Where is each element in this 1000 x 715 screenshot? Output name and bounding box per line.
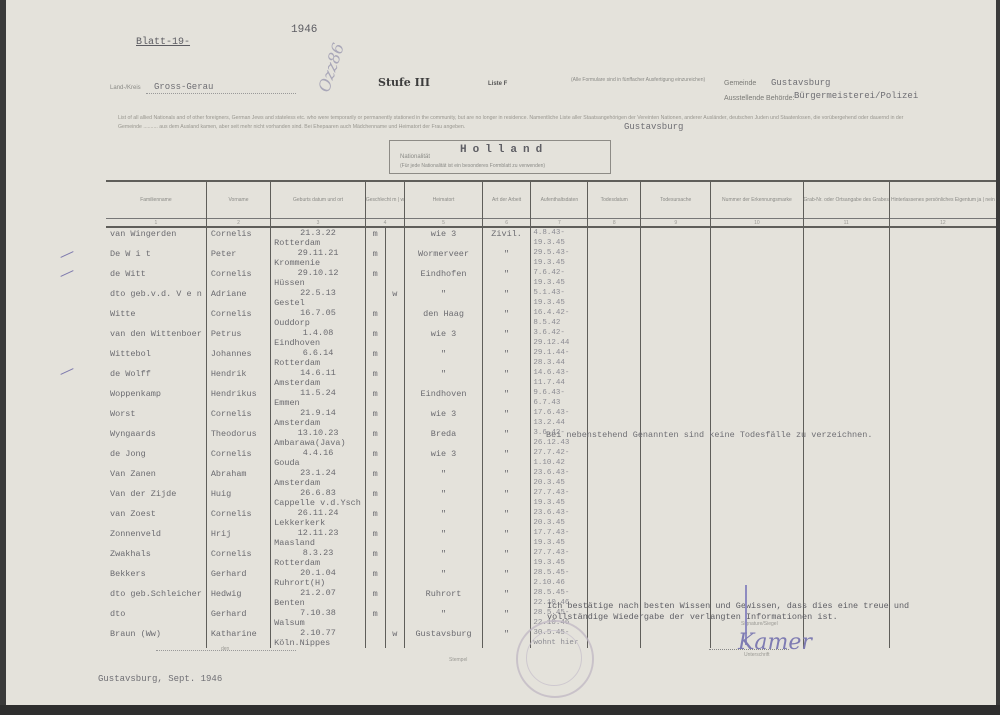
cell-hometown: " xyxy=(405,528,483,548)
stay-dates: 14.6.43-11.7.44 xyxy=(531,368,587,388)
confirmation-statement: Ich bestätige nach besten Wissen und Gew… xyxy=(547,601,909,623)
cell-firstname: Huig xyxy=(206,488,270,508)
stay-to: 29.12.44 xyxy=(533,339,583,349)
cell-firstname: Cornelis xyxy=(206,227,270,248)
cell-surname: Zwakhals xyxy=(106,548,206,568)
sex-male: m xyxy=(366,388,385,399)
cell-death-date xyxy=(588,528,641,548)
cell-hometown: wie 3 xyxy=(405,408,483,428)
cell-sex-w xyxy=(385,368,405,388)
cell-sex-w xyxy=(385,568,405,588)
table-row: De W i tPeter29.11.21KrommeniemWormervee… xyxy=(106,248,996,268)
nationality-note: (Für jede Nationalität ist ein besondere… xyxy=(400,163,545,169)
cell-hometown: Eindhofen xyxy=(405,268,483,288)
cell-firstname: Petrus xyxy=(206,328,270,348)
pen-check-mark-icon xyxy=(60,251,73,258)
first-name: Hendrik xyxy=(207,368,270,379)
stay-to: 28.3.44 xyxy=(533,359,583,369)
birth-date: 4.4.16 xyxy=(271,448,365,458)
col-num: 8 xyxy=(588,219,641,228)
birth-place: Cappelle v.d.Ysch xyxy=(271,498,365,508)
cell-surname: Wittebol xyxy=(106,348,206,368)
work-type: " xyxy=(483,368,530,379)
sex-male: m xyxy=(366,248,385,259)
cell-id-tag xyxy=(711,348,803,368)
cell-stay-dates: 3.6.42-29.12.44 xyxy=(531,328,588,348)
birth-place: Ouddorp xyxy=(271,318,365,328)
work-type: " xyxy=(483,548,530,559)
cell-sex-w xyxy=(385,588,405,608)
cell-work: " xyxy=(482,408,530,428)
hometown: " xyxy=(405,568,482,579)
cell-work: " xyxy=(482,548,530,568)
sex-female xyxy=(386,268,405,269)
cell-birth: 21.3.22Rotterdam xyxy=(271,227,366,248)
cell-birth: 26.6.83Cappelle v.d.Ysch xyxy=(271,488,366,508)
birth-place: Emmen xyxy=(271,398,365,408)
stay-to: 19.3.45 xyxy=(533,499,583,509)
cell-surname: van den Wittenboer xyxy=(106,328,206,348)
stay-dates: 27.7.43-19.3.45 xyxy=(531,488,587,508)
cell-property xyxy=(889,288,996,308)
col-header-firstname: Vorname xyxy=(206,181,270,219)
cell-surname: Witte xyxy=(106,308,206,328)
sex-female xyxy=(386,388,405,389)
cell-firstname: Hedwig xyxy=(206,588,270,608)
birth-date: 16.7.05 xyxy=(271,308,365,318)
cell-grave xyxy=(803,227,889,248)
cell-death-date xyxy=(588,448,641,468)
cell-grave xyxy=(803,468,889,488)
work-type: " xyxy=(483,528,530,539)
cell-work: " xyxy=(482,268,530,288)
cell-grave xyxy=(803,628,889,648)
surname: de Jong xyxy=(106,448,206,459)
cell-birth: 29.11.21Krommenie xyxy=(271,248,366,268)
cell-hometown: " xyxy=(405,288,483,308)
birth-place: Rotterdam xyxy=(271,358,365,368)
stay-from: 28.5.45- xyxy=(533,569,583,579)
work-type: " xyxy=(483,608,530,619)
cell-sex-m: m xyxy=(365,268,385,288)
cell-birth: 29.10.12Hüssen xyxy=(271,268,366,288)
first-name: Hendrikus xyxy=(207,388,270,399)
birth-place: Hüssen xyxy=(271,278,365,288)
cell-property xyxy=(889,508,996,528)
cell-sex-m: m xyxy=(365,548,385,568)
cell-birth: 4.4.16Gouda xyxy=(271,448,366,468)
stay-dates: 27.7.42-1.10.42 xyxy=(531,448,587,468)
table-row: WoppenkampHendrikus11.5.24EmmenmEindhove… xyxy=(106,388,996,408)
paragraph-town: Gustavsburg xyxy=(624,122,683,132)
work-type: " xyxy=(483,248,530,259)
cell-grave xyxy=(803,508,889,528)
municipality-value: Gustavsburg xyxy=(771,78,830,88)
cell-death-date xyxy=(588,408,641,428)
cell-work: " xyxy=(482,448,530,468)
table-header-row: Familienname Vorname Geburts datum und o… xyxy=(106,181,996,219)
sex-female xyxy=(386,468,405,469)
cell-grave xyxy=(803,308,889,328)
first-name: Hedwig xyxy=(207,588,270,599)
cell-surname: de Jong xyxy=(106,448,206,468)
cell-work: " xyxy=(482,248,530,268)
cell-birth: 21.9.14Amsterdam xyxy=(271,408,366,428)
cell-property xyxy=(889,548,996,568)
cell-death-cause xyxy=(641,348,711,368)
first-name: Petrus xyxy=(207,328,270,339)
hometown: wie 3 xyxy=(405,328,482,339)
cell-sex-w xyxy=(385,508,405,528)
first-name: Johannes xyxy=(207,348,270,359)
work-type: " xyxy=(483,428,530,439)
birth-date: 13.10.23 xyxy=(271,428,365,438)
table-row: van den WittenboerPetrus1.4.08Eindhovenm… xyxy=(106,328,996,348)
sheet-number: Blatt-19- xyxy=(136,37,190,48)
cell-stay-dates: 28.5.45-2.10.46 xyxy=(531,568,588,588)
cell-birth: 8.3.23Rotterdam xyxy=(271,548,366,568)
cell-birth: 23.1.24Amsterdam xyxy=(271,468,366,488)
cell-surname: de Witt xyxy=(106,268,206,288)
cell-stay-dates: 27.7.42-1.10.42 xyxy=(531,448,588,468)
cell-sex-w xyxy=(385,468,405,488)
cell-id-tag xyxy=(711,508,803,528)
work-type: " xyxy=(483,568,530,579)
cell-property xyxy=(889,528,996,548)
first-name: Cornelis xyxy=(207,228,270,239)
sex-female xyxy=(386,448,405,449)
nationality-label: Nationalität xyxy=(400,154,430,160)
surname: De W i t xyxy=(106,248,206,259)
cell-death-cause xyxy=(641,368,711,388)
surname: Van der Zijde xyxy=(106,488,206,499)
cell-sex-w xyxy=(385,268,405,288)
sex-male: m xyxy=(366,528,385,539)
cell-death-date xyxy=(588,568,641,588)
surname: van Wingerden xyxy=(106,228,206,239)
birth-date: 11.5.24 xyxy=(271,388,365,398)
stay-from: 4.8.43- xyxy=(533,229,583,239)
col-num: 9 xyxy=(641,219,711,228)
sex-male: m xyxy=(366,428,385,439)
cell-birth: 2.10.77Köln.Nippes xyxy=(271,628,366,648)
birth-place: Ruhrort(H) xyxy=(271,578,365,588)
cell-property xyxy=(889,328,996,348)
cell-birth: 14.6.11Amsterdam xyxy=(271,368,366,388)
cell-grave xyxy=(803,268,889,288)
sex-female: w xyxy=(386,288,405,299)
birth-place: Rotterdam xyxy=(271,238,365,248)
cell-birth: 22.5.13Gestel xyxy=(271,288,366,308)
stay-from: 7.6.42- xyxy=(533,269,583,279)
col-num: 2 xyxy=(206,219,270,228)
list-label: Liste F xyxy=(488,81,507,87)
surname: Zwakhals xyxy=(106,548,206,559)
sex-male: m xyxy=(366,568,385,579)
table-row: ZonnenveldHrij12.11.23Maaslandm""17.7.43… xyxy=(106,528,996,548)
surname: de Witt xyxy=(106,268,206,279)
cell-death-date xyxy=(588,348,641,368)
cell-hometown: " xyxy=(405,508,483,528)
cell-firstname: Cornelis xyxy=(206,448,270,468)
first-name: Cornelis xyxy=(207,508,270,519)
cell-grave xyxy=(803,368,889,388)
sex-female xyxy=(386,308,405,309)
cell-death-cause xyxy=(641,448,711,468)
cell-surname: dto geb.v.d. V e n xyxy=(106,288,206,308)
cell-death-date xyxy=(588,248,641,268)
col-header-stay: Aufenthaltsdaten xyxy=(531,181,588,219)
cell-firstname: Gerhard xyxy=(206,608,270,628)
stamp-label: Stempel xyxy=(449,657,467,663)
birth-date: 22.5.13 xyxy=(271,288,365,298)
sex-female xyxy=(386,548,405,549)
birth-date: 26.11.24 xyxy=(271,508,365,518)
register-table: Familienname Vorname Geburts datum und o… xyxy=(106,180,996,648)
cell-sex-m: m xyxy=(365,488,385,508)
cell-id-tag xyxy=(711,388,803,408)
first-name: Cornelis xyxy=(207,408,270,419)
cell-id-tag xyxy=(711,288,803,308)
stay-dates: 29.1.44-28.3.44 xyxy=(531,348,587,368)
cell-stay-dates: 27.7.43-19.3.45 xyxy=(531,488,588,508)
cell-property xyxy=(889,468,996,488)
cell-firstname: Theodorus xyxy=(206,428,270,448)
cell-work: " xyxy=(482,288,530,308)
sex-male: m xyxy=(366,228,385,239)
nationality-box: Nationalität Holland (Für jede Nationali… xyxy=(389,140,611,174)
birth-date: 21.3.22 xyxy=(271,228,365,238)
cell-death-cause xyxy=(641,288,711,308)
cell-work: " xyxy=(482,348,530,368)
cell-hometown: " xyxy=(405,548,483,568)
birth-place: Amsterdam xyxy=(271,378,365,388)
cell-death-cause xyxy=(641,568,711,588)
cell-firstname: Abraham xyxy=(206,468,270,488)
nationality-value: Holland xyxy=(460,144,548,156)
cell-death-cause xyxy=(641,408,711,428)
birth-place: Krommenie xyxy=(271,258,365,268)
birth-date: 8.3.23 xyxy=(271,548,365,558)
birth-place: Maasland xyxy=(271,538,365,548)
birth-date: 21.2.07 xyxy=(271,588,365,598)
cell-stay-dates: 29.5.43-19.3.45 xyxy=(531,248,588,268)
cell-id-tag xyxy=(711,568,803,588)
cell-id-tag xyxy=(711,308,803,328)
cell-sex-m: m xyxy=(365,528,385,548)
stay-dates: 7.6.42-19.3.45 xyxy=(531,268,587,288)
stay-dates: 5.1.43-19.3.45 xyxy=(531,288,587,308)
cell-surname: Van der Zijde xyxy=(106,488,206,508)
table-row: de WolffHendrik14.6.11Amsterdamm""14.6.4… xyxy=(106,368,996,388)
sex-male: m xyxy=(366,348,385,359)
cell-stay-dates: 16.4.42-8.5.42 xyxy=(531,308,588,328)
col-header-work: Art der Arbeit xyxy=(482,181,530,219)
date-label: den xyxy=(221,646,229,652)
cell-stay-dates: 23.6.43-20.3.45 xyxy=(531,468,588,488)
cell-firstname: Cornelis xyxy=(206,268,270,288)
cell-death-cause xyxy=(641,508,711,528)
cell-work: " xyxy=(482,608,530,628)
surname: Witte xyxy=(106,308,206,319)
stay-dates: 29.5.43-19.3.45 xyxy=(531,248,587,268)
sex-male: m xyxy=(366,508,385,519)
hometown: " xyxy=(405,488,482,499)
stay-dates: 4.8.43-19.3.45 xyxy=(531,228,587,248)
cell-sex-m: m xyxy=(365,568,385,588)
hometown: wie 3 xyxy=(405,408,482,419)
cell-stay-dates: 27.7.43-19.3.45 xyxy=(531,548,588,568)
surname: Worst xyxy=(106,408,206,419)
stay-to: 19.3.45 xyxy=(533,539,583,549)
cell-sex-w: w xyxy=(385,628,405,648)
hometown: " xyxy=(405,508,482,519)
birth-place: Gestel xyxy=(271,298,365,308)
cell-surname: De W i t xyxy=(106,248,206,268)
cell-firstname: Peter xyxy=(206,248,270,268)
birth-place: Ambarawa(Java) xyxy=(271,438,365,448)
cell-surname: van Zoest xyxy=(106,508,206,528)
cell-birth: 21.2.07Benten xyxy=(271,588,366,608)
cell-firstname: Cornelis xyxy=(206,408,270,428)
cell-birth: 20.1.04Ruhrort(H) xyxy=(271,568,366,588)
col-header-sex: Geschlecht m | w xyxy=(365,181,404,219)
first-name: Theodorus xyxy=(207,428,270,439)
cell-sex-m: m xyxy=(365,428,385,448)
hometown: " xyxy=(405,548,482,559)
no-deaths-remark: Bei nebenstehend Genannten sind keine To… xyxy=(546,430,872,440)
cell-grave xyxy=(803,288,889,308)
sex-female: w xyxy=(386,628,405,639)
cell-property xyxy=(889,227,996,248)
stay-from: 27.7.43- xyxy=(533,489,583,499)
sex-female xyxy=(386,368,405,369)
birth-place: Eindhoven xyxy=(271,338,365,348)
col-header-property: Hinterlassenes persönliches Eigentum ja … xyxy=(889,181,996,219)
stamp-inner-ring xyxy=(526,630,582,686)
cell-id-tag xyxy=(711,328,803,348)
sex-female xyxy=(386,328,405,329)
cell-property xyxy=(889,348,996,368)
cell-hometown: " xyxy=(405,368,483,388)
stay-from: 17.6.43- xyxy=(533,409,583,419)
cell-id-tag xyxy=(711,408,803,428)
work-type: " xyxy=(483,448,530,459)
surname: dto geb.v.d. V e n xyxy=(106,288,206,299)
cell-hometown: " xyxy=(405,348,483,368)
cell-grave xyxy=(803,388,889,408)
cell-death-cause xyxy=(641,528,711,548)
stay-dates: 23.6.43-20.3.45 xyxy=(531,508,587,528)
table-row: de WittCornelis29.10.12HüssenmEindhofen"… xyxy=(106,268,996,288)
cell-id-tag xyxy=(711,488,803,508)
first-name: Peter xyxy=(207,248,270,259)
surname: Wittebol xyxy=(106,348,206,359)
cell-firstname: Adriane xyxy=(206,288,270,308)
cell-property xyxy=(889,388,996,408)
cell-stay-dates: 7.6.42-19.3.45 xyxy=(531,268,588,288)
cell-work: " xyxy=(482,328,530,348)
birth-place: Gouda xyxy=(271,458,365,468)
cell-sex-w xyxy=(385,488,405,508)
stay-from: 17.7.43- xyxy=(533,529,583,539)
stay-from: 23.6.43- xyxy=(533,469,583,479)
cell-work: " xyxy=(482,428,530,448)
cell-grave xyxy=(803,528,889,548)
cell-birth: 12.11.23Maasland xyxy=(271,528,366,548)
cell-sex-w xyxy=(385,408,405,428)
cell-hometown: Ruhrort xyxy=(405,588,483,608)
sex-female xyxy=(386,248,405,249)
cell-sex-m: m xyxy=(365,368,385,388)
cell-death-date xyxy=(588,227,641,248)
cell-death-date xyxy=(588,288,641,308)
cell-birth: 7.10.38Walsum xyxy=(271,608,366,628)
hometown: " xyxy=(405,348,482,359)
sex-female xyxy=(386,508,405,509)
table-row: WorstCornelis21.9.14Amsterdammwie 3"17.6… xyxy=(106,408,996,428)
cell-birth: 13.10.23Ambarawa(Java) xyxy=(271,428,366,448)
stay-dates: 9.6.43-6.7.43 xyxy=(531,388,587,408)
cell-property xyxy=(889,428,996,448)
sex-female xyxy=(386,228,405,229)
stay-dates: 28.5.45-2.10.46 xyxy=(531,568,587,588)
instructions-paragraph: List of all allied Nationals and of othe… xyxy=(118,114,908,132)
col-header-death-date: Todesdatum xyxy=(588,181,641,219)
pencil-annotation: Ozz86 xyxy=(314,41,348,95)
first-name: Hrij xyxy=(207,528,270,539)
cell-work: Zivil. xyxy=(482,227,530,248)
cell-property xyxy=(889,268,996,288)
cell-grave xyxy=(803,248,889,268)
cell-sex-m: m xyxy=(365,508,385,528)
cell-property xyxy=(889,568,996,588)
hometown: " xyxy=(405,468,482,479)
work-type: " xyxy=(483,308,530,319)
sex-female xyxy=(386,428,405,429)
cell-id-tag xyxy=(711,548,803,568)
cell-id-tag xyxy=(711,227,803,248)
birth-date: 2.10.77 xyxy=(271,628,365,638)
cell-work: " xyxy=(482,388,530,408)
birth-date: 14.6.11 xyxy=(271,368,365,378)
surname: van den Wittenboer xyxy=(106,328,206,339)
district-value: Gross-Gerau xyxy=(154,82,213,92)
col-num: 5 xyxy=(405,219,483,228)
cell-stay-dates: 14.6.43-11.7.44 xyxy=(531,368,588,388)
cell-surname: Woppenkamp xyxy=(106,388,206,408)
cell-sex-w xyxy=(385,528,405,548)
cell-sex-m: m xyxy=(365,468,385,488)
cell-stay-dates: 29.1.44-28.3.44 xyxy=(531,348,588,368)
cell-id-tag xyxy=(711,268,803,288)
first-name: Cornelis xyxy=(207,268,270,279)
district-underline xyxy=(146,93,296,94)
cell-grave xyxy=(803,448,889,468)
cell-firstname: Hendrik xyxy=(206,368,270,388)
cell-surname: Bekkers xyxy=(106,568,206,588)
col-num: 6 xyxy=(482,219,530,228)
birth-date: 26.6.83 xyxy=(271,488,365,498)
cell-firstname: Katharine xyxy=(206,628,270,648)
cell-hometown: " xyxy=(405,488,483,508)
cell-death-date xyxy=(588,548,641,568)
birth-place: Walsum xyxy=(271,618,365,628)
cell-sex-m: m xyxy=(365,388,385,408)
sex-male: m xyxy=(366,328,385,339)
hometown: Gustavsburg xyxy=(405,628,482,639)
first-name: Cornelis xyxy=(207,448,270,459)
